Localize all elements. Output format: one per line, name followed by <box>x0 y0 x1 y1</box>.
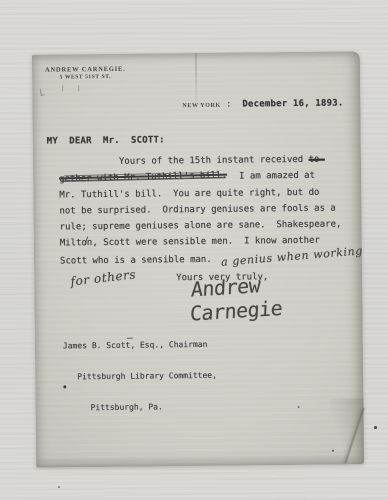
struck-text: to- <box>309 155 325 165</box>
body-text: Scott who is a sensible man. <box>60 255 217 267</box>
salutation: MY DEAR Mr. SCOTT: <box>47 135 165 146</box>
body-text: Yours of the 15th instant received <box>119 155 309 167</box>
letter-paper: ANDREW CARNEGIE. 5 WEST 51ST ST. NEW YOR… <box>32 51 364 467</box>
ink-speck <box>332 450 334 452</box>
pencil-mark <box>78 85 80 91</box>
recipient-line: Pittsburgh, Pa. <box>91 402 218 414</box>
ink-speck <box>298 406 300 408</box>
ink-mark <box>127 338 133 339</box>
dateline: NEW YORK : December 16, 1893. <box>182 90 343 111</box>
dust-speck <box>58 486 60 488</box>
body-line: Scott who is a sensible man. a genius wh… <box>60 249 360 269</box>
dateline-date: December 16, 1893. <box>242 98 343 109</box>
signature-handwritten: Andrew Carnegie <box>190 267 364 326</box>
pencil-mark <box>62 85 64 91</box>
letterhead-name: ANDREW CARNEGIE. <box>45 66 126 74</box>
letterhead: ANDREW CARNEGIE. 5 WEST 51ST ST. <box>45 66 126 81</box>
dust-speck <box>374 426 377 429</box>
ink-speck <box>63 385 66 388</box>
recipient-line: Pittsburgh Library Committee, <box>77 371 217 383</box>
recipient-line: James B. Scott, Esq., Chairman <box>63 340 217 352</box>
body-text: I am amazed at <box>239 171 315 182</box>
handwritten-insert: for others <box>70 266 137 290</box>
scanned-letter-photo: ANDREW CARNEGIE. 5 WEST 51ST ST. NEW YOR… <box>0 0 388 500</box>
dateline-place: NEW YORK <box>182 103 220 109</box>
pencil-mark <box>40 88 45 96</box>
dateline-colon: : <box>221 100 243 110</box>
recipient-address-block: James B. Scott, Esq., Chairman Pittsburg… <box>63 319 218 435</box>
letter-body: Yours of the 15th instant received to- g… <box>59 151 360 288</box>
letterhead-address: 5 WEST 51ST ST. <box>45 74 126 81</box>
